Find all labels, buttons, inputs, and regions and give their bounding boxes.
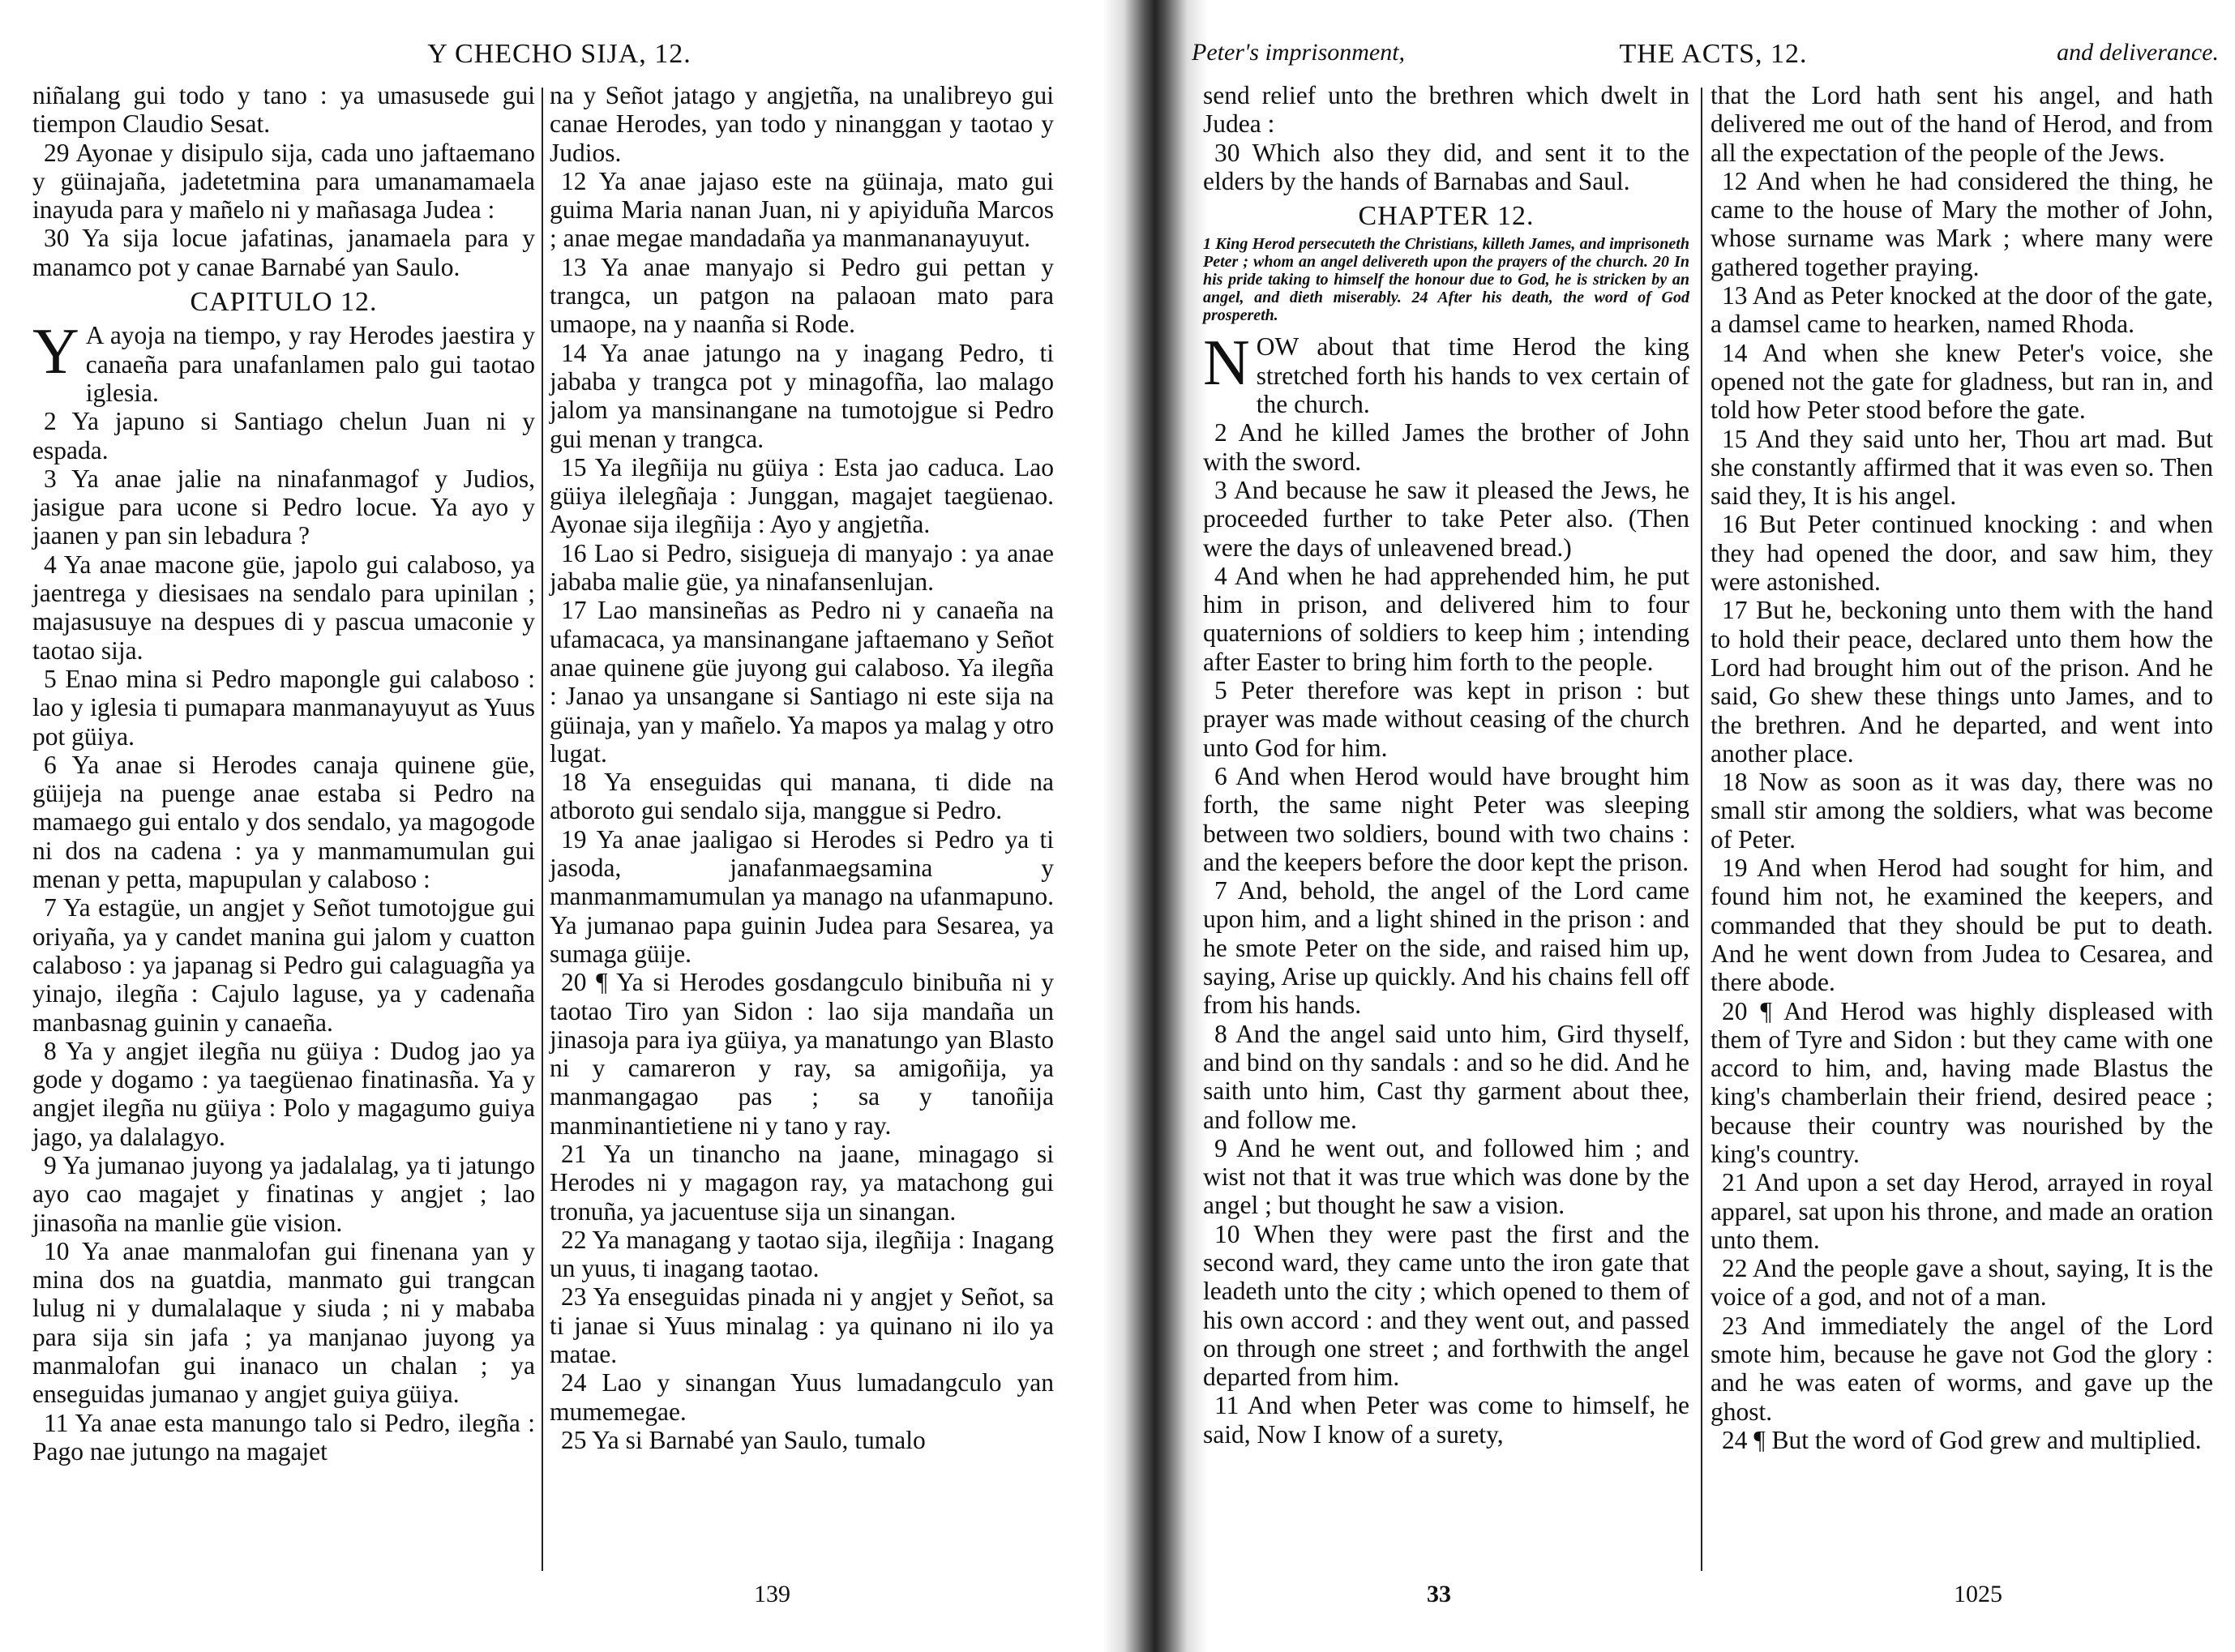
verse: 6 Ya anae si Herodes canaja quinene güe,… [32, 751, 535, 893]
verse: 22 Ya managang y taotao sija, ilegñija :… [550, 1226, 1054, 1283]
verse: 29 Ayonae y disipulo sija, cada uno jaft… [32, 139, 535, 225]
verse: 18 Ya enseguidas qui manana, ti dide na … [550, 768, 1054, 825]
verse: 7 Ya estagüe, un angjet y Señot tumotojg… [32, 893, 535, 1036]
left-column-2: na y Señot jatago y angjetña, na unalibr… [550, 81, 1054, 1454]
verse: 3 Ya anae jalie na ninafanmagof y Judios… [32, 464, 535, 550]
continued-text: niñalang gui todo y tano : ya umasusede … [32, 81, 535, 139]
verse-1: A ayoja na tiempo, y ray Herodes jaestir… [86, 321, 535, 407]
verse: 17 But he, beckoning unto them with the … [1711, 596, 2213, 768]
column-divider [1701, 88, 1702, 1571]
verse: 30 Which also they did, and sent it to t… [1203, 139, 1689, 196]
verse: 10 When they were past the first and the… [1203, 1220, 1689, 1392]
continued-text: send relief unto the brethren which dwel… [1203, 81, 1689, 139]
verse: 6 And when Herod would have brought him … [1203, 762, 1689, 876]
right-column-1: send relief unto the brethren which dwel… [1203, 81, 1689, 1449]
verse: 15 Ya ilegñija nu güiya : Esta jao caduc… [550, 453, 1054, 539]
continued-text: na y Señot jatago y angjetña, na unalibr… [550, 81, 1054, 167]
verse: 8 Ya y angjet ilegña nu güiya : Dudog ja… [32, 1037, 535, 1151]
verse: 13 And as Peter knocked at the door of t… [1711, 281, 2213, 339]
verse: 8 And the angel said unto him, Gird thys… [1203, 1020, 1689, 1134]
verse: 11 Ya anae esta manungo talo si Pedro, i… [32, 1409, 535, 1466]
verse: 9 And he went out, and followed him ; an… [1203, 1134, 1689, 1220]
verse: 23 And immediately the angel of the Lord… [1711, 1312, 2213, 1426]
page-number: 1025 [1954, 1581, 2002, 1608]
page-number: 139 [754, 1581, 790, 1608]
verse: 16 But Peter continued knocking : and wh… [1711, 510, 2213, 596]
left-page: Y CHECHO SIJA, 12. niñalang gui todo y t… [0, 0, 1119, 1652]
verse: 25 Ya si Barnabé yan Saulo, tumalo [550, 1426, 1054, 1454]
drop-cap: N [1203, 336, 1250, 391]
drop-cap: Y [32, 324, 79, 379]
verse: 22 And the people gave a shout, saying, … [1711, 1254, 2213, 1312]
verse: 21 And upon a set day Herod, arrayed in … [1711, 1168, 2213, 1254]
verse: 2 And he killed James the brother of Joh… [1203, 418, 1689, 476]
verse: 17 Lao mansineñas as Pedro ni y canaeña … [550, 596, 1054, 768]
verse: 24 Lao y sinangan Yuus lumadangculo yan … [550, 1368, 1054, 1426]
verse: 20 ¶ And Herod was highly displeased wit… [1711, 997, 2213, 1169]
verse: 18 Now as soon as it was day, there was … [1711, 768, 2213, 854]
verse: 19 Ya anae jaaligao si Herodes si Pedro … [550, 825, 1054, 968]
verse: 19 And when Herod had sought for him, an… [1711, 854, 2213, 996]
verse: 9 Ya jumanao juyong ya jadalalag, ya ti … [32, 1151, 535, 1237]
page-header-title: Y CHECHO SIJA, 12. [0, 39, 1119, 70]
verse: 30 Ya sija locue jafatinas, janamaela pa… [32, 224, 535, 281]
verse: 11 And when Peter was come to himself, h… [1203, 1391, 1689, 1449]
right-page: Peter's imprisonment, THE ACTS, 12. and … [1192, 0, 2235, 1652]
chapter-heading: CHAPTER 12. [1203, 202, 1689, 230]
verse-1: OW about that time Herod the king stretc… [1257, 332, 1689, 418]
verse: 3 And because he saw it pleased the Jews… [1203, 476, 1689, 562]
verse: 24 ¶ But the word of God grew and multip… [1711, 1426, 2213, 1454]
chapter-heading: CAPITULO 12. [32, 288, 535, 316]
verse: 7 And, behold, the angel of the Lord cam… [1203, 876, 1689, 1019]
verse: 12 And when he had considered the thing,… [1711, 167, 2213, 281]
verse: 2 Ya japuno si Santiago chelun Juan ni y… [32, 407, 535, 464]
verse: 13 Ya anae manyajo si Pedro gui pettan y… [550, 253, 1054, 339]
verse: 5 Peter therefore was kept in prison : b… [1203, 676, 1689, 762]
signature-mark: 33 [1427, 1581, 1451, 1608]
verse: 14 Ya anae jatungo na y inagang Pedro, t… [550, 339, 1054, 453]
left-column-1: niñalang gui todo y tano : ya umasusede … [32, 81, 535, 1466]
continued-text: that the Lord hath sent his angel, and h… [1711, 81, 2213, 167]
verse: 21 Ya un tinancho na jaane, minagago si … [550, 1140, 1054, 1226]
header-right: and deliverance. [2057, 39, 2219, 66]
verse: 16 Lao si Pedro, sisigueja di manyajo : … [550, 539, 1054, 597]
chapter-summary: 1 King Herod persecuteth the Christians,… [1203, 235, 1689, 324]
verse: 23 Ya enseguidas pinada ni y angjet y Se… [550, 1282, 1054, 1368]
verse: 12 Ya anae jajaso este na güinaja, mato … [550, 167, 1054, 253]
verse: 15 And they said unto her, Thou art mad.… [1711, 425, 2213, 511]
verse: 4 Ya anae macone güe, japolo gui calabos… [32, 550, 535, 665]
verse: 5 Enao mina si Pedro mapongle gui calabo… [32, 665, 535, 751]
column-divider [542, 88, 543, 1571]
verse: 20 ¶ Ya si Herodes gosdangculo binibuña … [550, 968, 1054, 1140]
verse: 10 Ya anae manmalofan gui finenana yan y… [32, 1237, 535, 1409]
verse: 4 And when he had apprehended him, he pu… [1203, 562, 1689, 676]
verse: 14 And when she knew Peter's voice, she … [1711, 339, 2213, 425]
right-column-2: that the Lord hath sent his angel, and h… [1711, 81, 2213, 1454]
